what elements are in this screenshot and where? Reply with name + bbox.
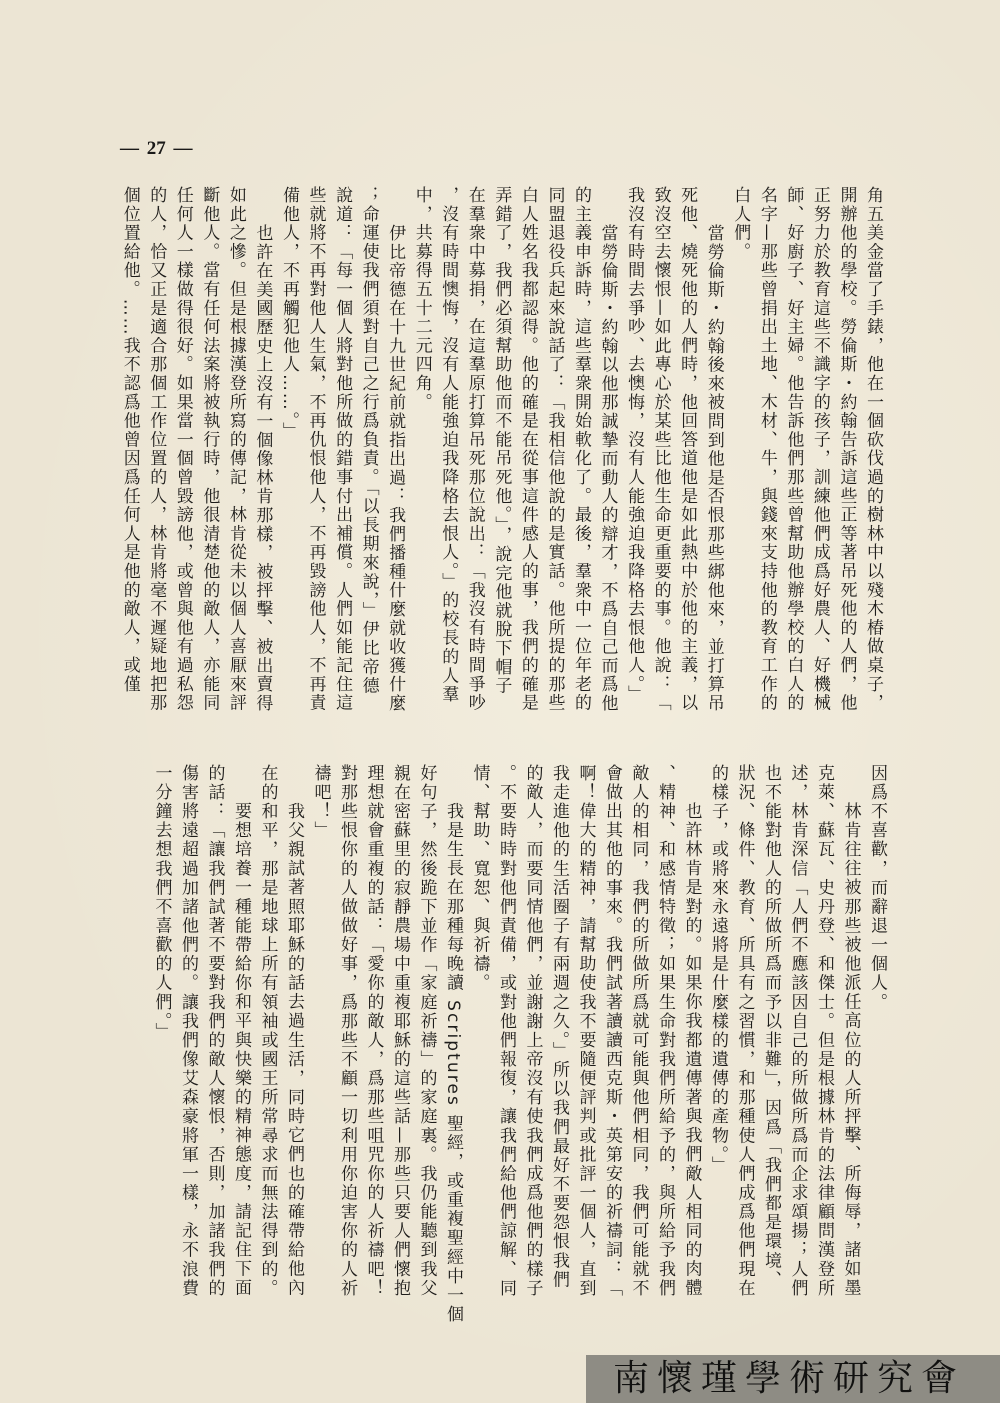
upper-text-tier: 角五美金當了手錶，他在一個砍伐過的樹林中以殘木椿做桌子， 開辦他的學校。勞倫斯・…: [116, 186, 886, 726]
text-column: 白人們。: [727, 186, 754, 726]
text-column: 死他、燒死他的人們時，他回答道他是如此熱中於他的主義，以: [674, 186, 701, 726]
lower-text-tier: 因爲不喜歡，而辭退一個人。 林肯往往被那些被他派任高位的人所抨擊、所侮辱，諸如墨…: [148, 764, 890, 1309]
text-column: 正努力於教育這些不識字的孩子，訓練他們成爲好農人、好機械: [806, 186, 833, 726]
paragraph-start-column: 伊比帝德在十九世紀前就指出過：我們播種什麼就收獲什麼: [382, 186, 409, 726]
page-number: — 27 —: [120, 139, 193, 159]
paragraph-start-column: 林肯往往被那些被他派任高位的人所抨擊、所侮辱，諸如墨: [837, 764, 864, 1309]
text-column: 如此之慘。但是根據漢登所寫的傳記，林肯從未以個人喜厭來評: [222, 186, 249, 726]
text-column: ，沒有時間懊悔，沒有人能強迫我降格去恨人。」的校長的人羣: [435, 186, 462, 726]
text-column: 我走進他的生活圈子有兩週之久。」所以我們最好不要怨恨我們: [546, 764, 573, 1309]
text-column: 個位置給他。……我不認爲他曾因爲任何人是他的敵人，或僅: [116, 186, 143, 726]
text-column: 在的和平，那是地球上所有領袖或國王所常尋求而無法得到的。: [254, 764, 281, 1309]
text-column: 親在密蘇里的寂靜農場中重複耶穌的這些話—那些只要人們懷抱: [387, 764, 414, 1309]
text-column: 備他人，不再觸犯他人……。」: [275, 186, 302, 726]
text-column: 會做出其他的事來。我們試著讀讀西克斯・英第安的祈禱詞：「: [599, 764, 626, 1309]
text-column: 、精神、和感情特徵；如果生命對我們所給予的，與所給予我們: [652, 764, 679, 1309]
paragraph-start-column: 當勞倫斯・約翰後來被問到他是否恨那些綁他來，並打算吊: [700, 186, 727, 726]
text-column: 些就將不再對他人生氣，不再仇恨他人，不再毀謗他人，不再責: [302, 186, 329, 726]
text-column: 狀況、條件、教育、所具有之習慣，和那種使人們成爲他們現在: [731, 764, 758, 1309]
text-column: 敵人的相同，我們的所做所爲就可能與他們相同，我們可能就不: [625, 764, 652, 1309]
text-column: 角五美金當了手錶，他在一個砍伐過的樹林中以殘木椿做桌子，: [859, 186, 886, 726]
text-column: 任何人一樣做得很好。如果當一個曾毀謗他，或曾與他有過私怨: [169, 186, 196, 726]
paragraph-start-column: 也許在美國歷史上沒有一個像林肯那樣，被抨擊、被出賣得: [249, 186, 276, 726]
text-column: 師、好廚子、好主婦。他告訴他們那些曾幫助他辦學校的白人的: [780, 186, 807, 726]
text-column: 名字—那些曾捐出土地、木材、牛，與錢來支持他的教育工作的: [753, 186, 780, 726]
text-column: 的樣子，或將來永遠將是什麼樣的遺傳的產物。」: [705, 764, 732, 1309]
text-column: 弄錯了，我們必須幫助他而不能吊死他。」，說完他就脫下帽子: [488, 186, 515, 726]
text-column: 白人姓名我都認得。他的確是在從事這件感人的事，我們的確是: [514, 186, 541, 726]
publisher-watermark: 南懷瑾學術研究會: [586, 1355, 1000, 1403]
text-column: 致沒空去懷恨—如此專心於某些比他生命更重要的事。他說：「: [647, 186, 674, 726]
text-column: 對那些恨你的人做做好事，爲那些不顧一切利用你迫害你的人祈: [334, 764, 361, 1309]
text-column: 的主義申訴時，這些羣衆開始軟化了。最後，羣衆中一位年老的: [567, 186, 594, 726]
text-column: 一分鐘去想我們不喜歡的人們。」: [148, 764, 175, 1309]
paragraph-start-column: 我是生長在那種每晚讀 Scriptures 聖經，或重複聖經中一個: [440, 764, 467, 1309]
paragraph-start-column: 當勞倫斯・約翰以他那誠摯而動人的辯才，不爲自己而爲他: [594, 186, 621, 726]
text-column: 開辦他的學校。勞倫斯・約翰告訴這些正等著吊死他的人們，他: [833, 186, 860, 726]
text-column: 的話：「讓我們試著不要對我們的敵人懷恨，否則，加諸我們的: [201, 764, 228, 1309]
paragraph-start-column: 我父親試著照耶穌的話去過生活，同時它們也的確帶給他內: [281, 764, 308, 1309]
text-column: 說道：「每一個人將對他所做的錯事付出補償。人們如能記住這: [329, 186, 356, 726]
text-column: 也不能對他人的所做所爲而予以非難」，因爲「我們都是環境、: [758, 764, 785, 1309]
text-column: 在羣衆中募捐，在這羣原打算吊死那位說出：「我沒有時間爭吵: [461, 186, 488, 726]
text-column: 禱吧！」: [307, 764, 334, 1309]
text-column: 克萊、蘇瓦、史丹登、和傑士。但是根據林肯的法律顧問漢登所: [811, 764, 838, 1309]
text-column: 我沒有時間去爭吵、去懊悔，沒有人能強迫我降格去恨他人。」: [621, 186, 648, 726]
text-column: 的人，恰又正是適合那個工作位置的人，林肯將毫不遲疑地把那: [143, 186, 170, 726]
text-column: 好句子，然後跪下並作「家庭祈禱」的家庭裏。我仍能聽到我父: [413, 764, 440, 1309]
text-column: 斷他人。當有任何法案將被執行時，他很清楚他的敵人，亦能同: [196, 186, 223, 726]
text-column: 中，共募得五十二元四角。: [408, 186, 435, 726]
text-column: 的敵人，而要同情他們，並謝謝上帝沒有使我們成爲他們的樣子: [519, 764, 546, 1309]
text-column: 理想就會重複的話：「愛你的敵人，爲那些咀咒你的人祈禱吧！: [360, 764, 387, 1309]
text-column: ；命運使我們須對自己之行爲負責。「以長期來說，」伊比帝德: [355, 186, 382, 726]
text-column: 啊！偉大的精神，請幫助使我不要隨便評判或批評一個人，直到: [572, 764, 599, 1309]
text-column: 同盟退役兵起來說話了：「我相信他說的是實話。他所提的那些: [541, 186, 568, 726]
text-column: 情、幫助、寬恕、與祈禱。: [466, 764, 493, 1309]
paragraph-start-column: 也許林肯是對的。如果你我都遺傳著與我們敵人相同的肉體: [678, 764, 705, 1309]
text-column: 傷害將遠超過加諸他們的。讓我們像艾森豪將軍一樣，永不浪費: [175, 764, 202, 1309]
paragraph-start-column: 要想培養一種能帶給你和平與快樂的精神態度，請記住下面: [228, 764, 255, 1309]
text-column: 因爲不喜歡，而辭退一個人。: [864, 764, 891, 1309]
text-column: 述，林肯深信「人們不應該因自己的所做所爲而企求頌揚；人們: [784, 764, 811, 1309]
text-column: 。不要時時對他們責備，或對他們報復，讓我們給他們諒解、同: [493, 764, 520, 1309]
